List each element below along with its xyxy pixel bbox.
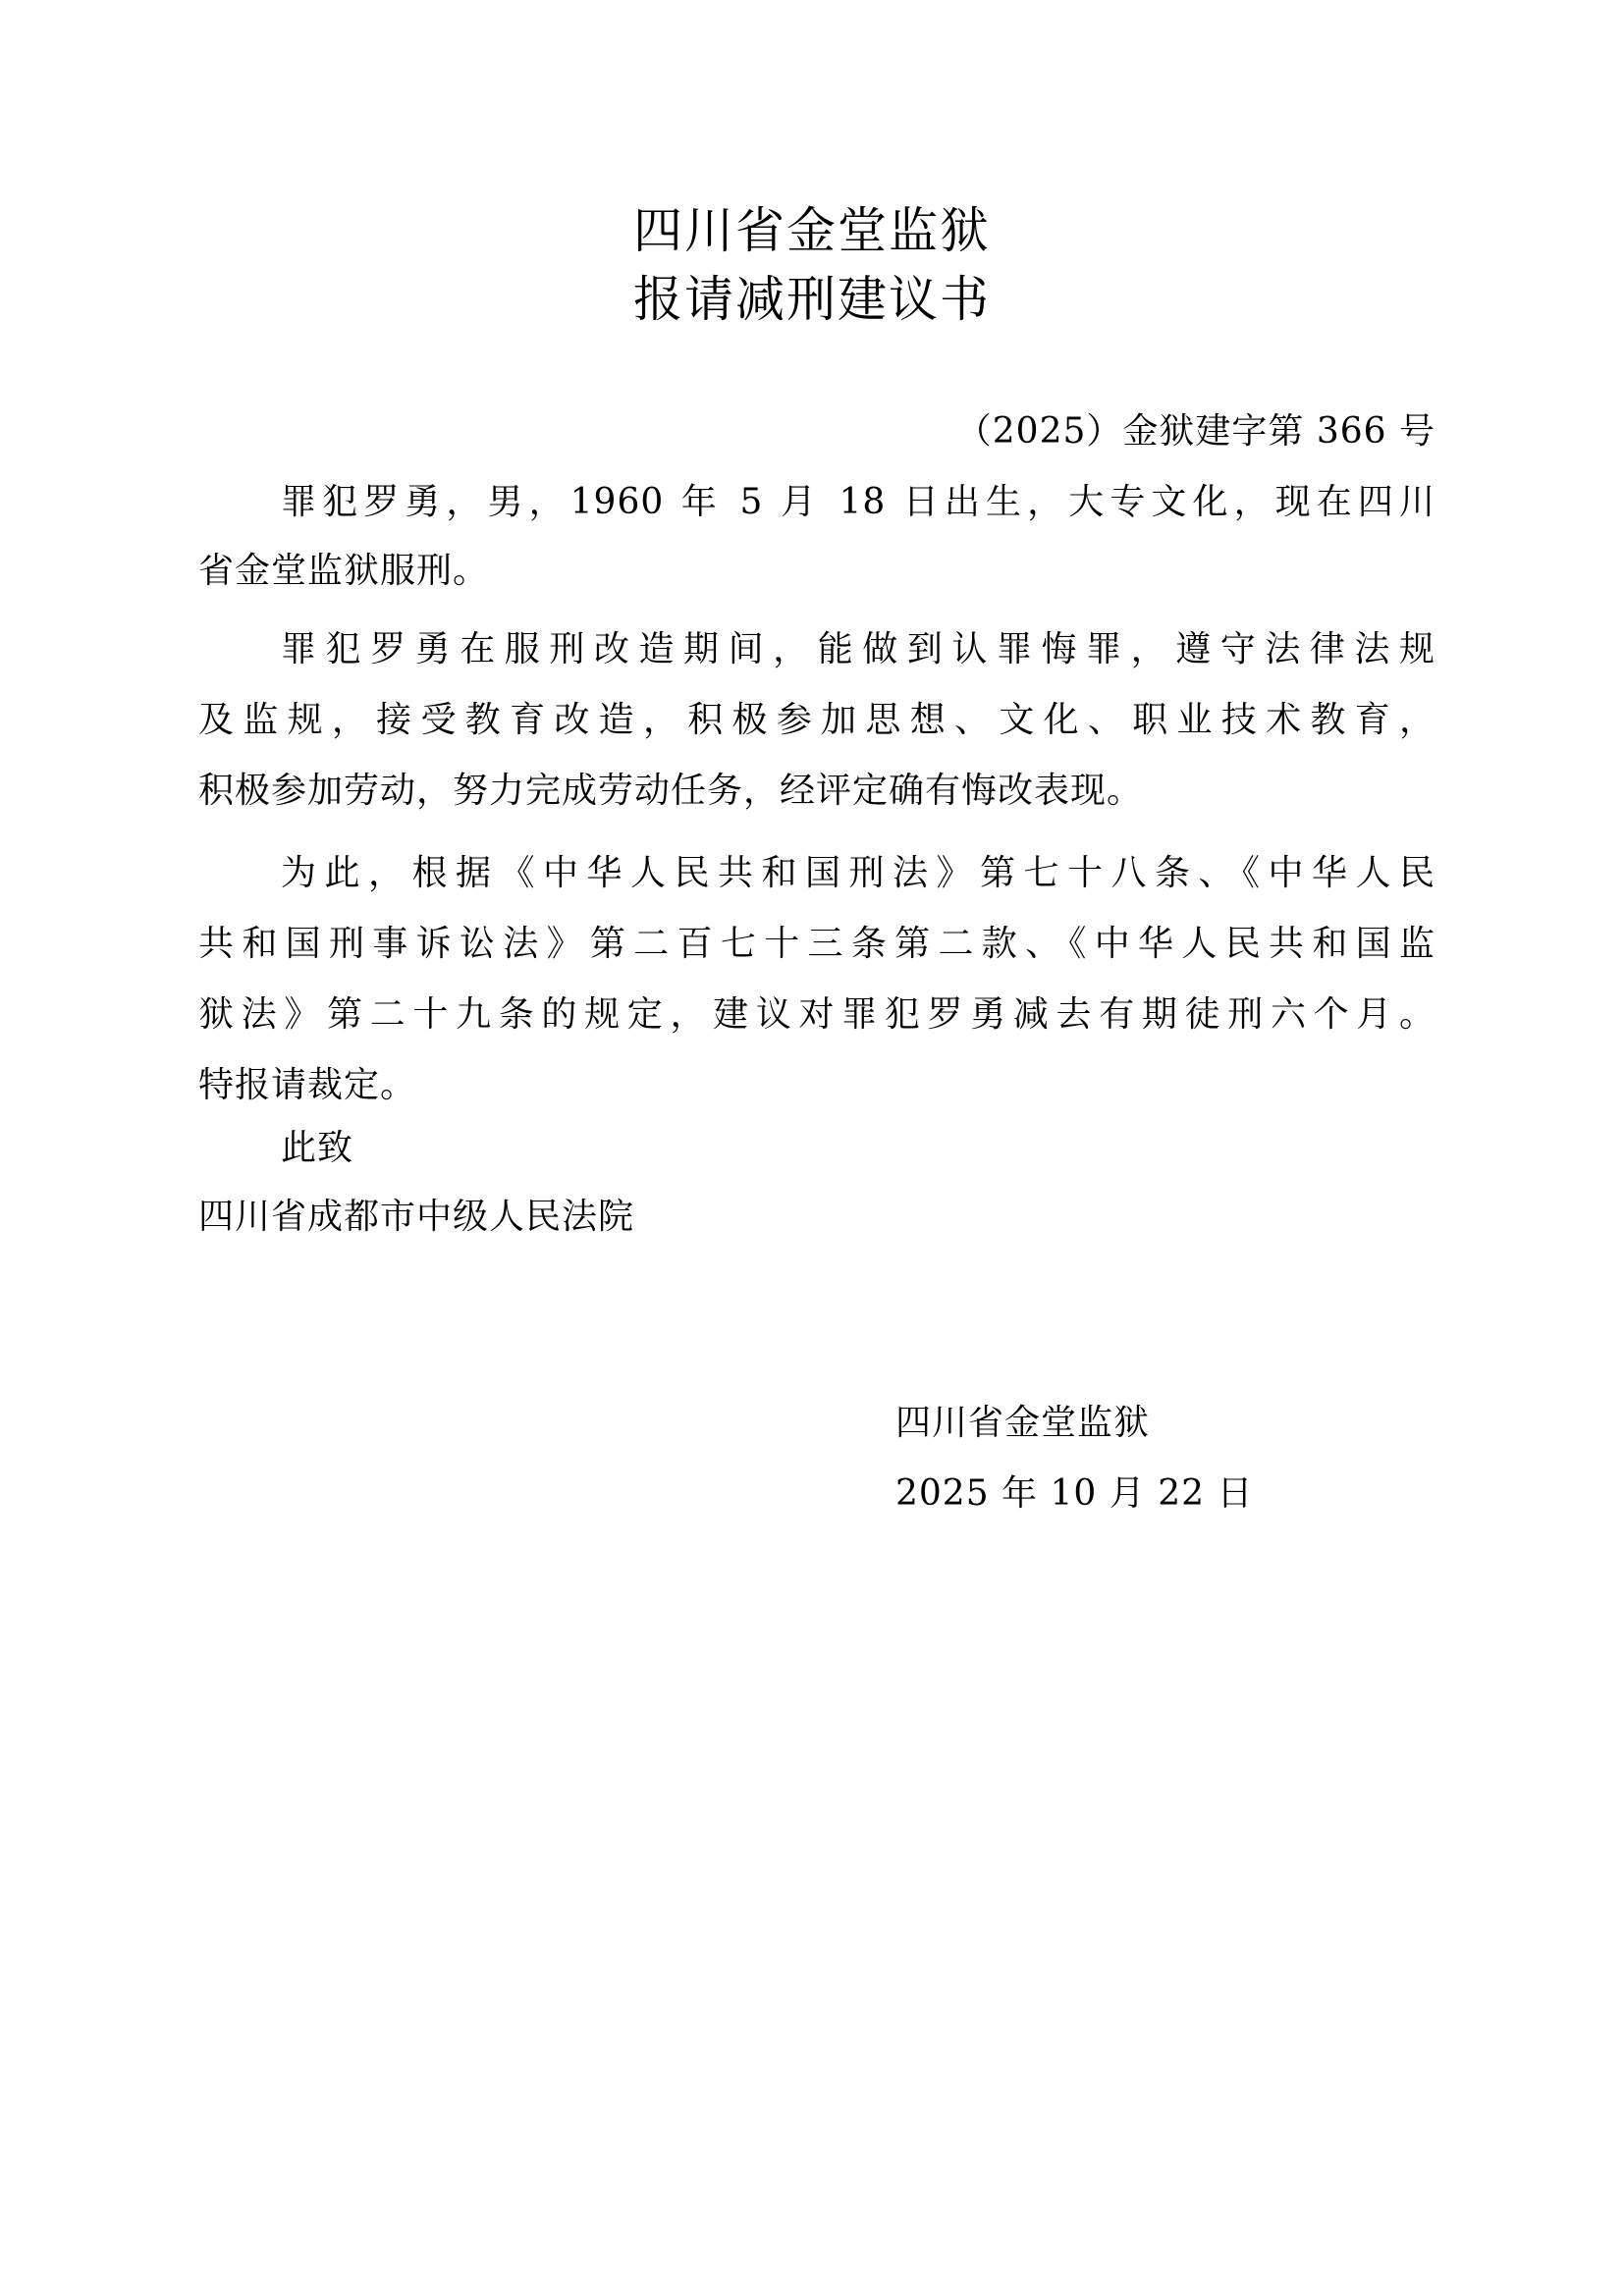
paragraph-3-line-2: 共和国刑事诉讼法》第二百七十三条第二款、《中华人民共和国监 — [198, 923, 1435, 966]
paragraph-2-line-2: 及监规，接受教育改造，积极参加思想、文化、职业技术教育， — [198, 699, 1435, 742]
document-page: 四川省金堂监狱 报请减刑建议书 （2025）金狱建字第 366 号 罪犯罗勇，男… — [0, 0, 1624, 2296]
document-title-type: 报请减刑建议书 — [0, 270, 1624, 329]
paragraph-3-line-4: 特报请裁定。 — [198, 1064, 416, 1107]
recipient: 四川省成都市中级人民法院 — [198, 1196, 634, 1239]
signature-date: 2025 年 10 月 22 日 — [895, 1472, 1253, 1516]
paragraph-2-line-1: 罪犯罗勇在服刑改造期间，能做到认罪悔罪，遵守法律法规 — [281, 628, 1435, 671]
paragraph-2-line-3: 积极参加劳动，努力完成劳动任务，经评定确有悔改表现。 — [198, 770, 1143, 813]
signature-issuer: 四川省金堂监狱 — [895, 1402, 1150, 1445]
paragraph-1-line-1: 罪犯罗勇，男，1960 年 5 月 18 日出生，大专文化，现在四川 — [281, 481, 1435, 524]
paragraph-1-line-2: 省金堂监狱服刑。 — [198, 550, 489, 593]
paragraph-3-line-1: 为此，根据《中华人民共和国刑法》第七十八条、《中华人民 — [281, 852, 1435, 895]
salutation: 此致 — [281, 1127, 353, 1170]
document-title-issuer: 四川省金堂监狱 — [0, 201, 1624, 260]
document-number: （2025）金狱建字第 366 号 — [956, 410, 1435, 454]
paragraph-3-line-3: 狱法》第二十九条的规定，建议对罪犯罗勇减去有期徒刑六个月。 — [198, 993, 1435, 1037]
